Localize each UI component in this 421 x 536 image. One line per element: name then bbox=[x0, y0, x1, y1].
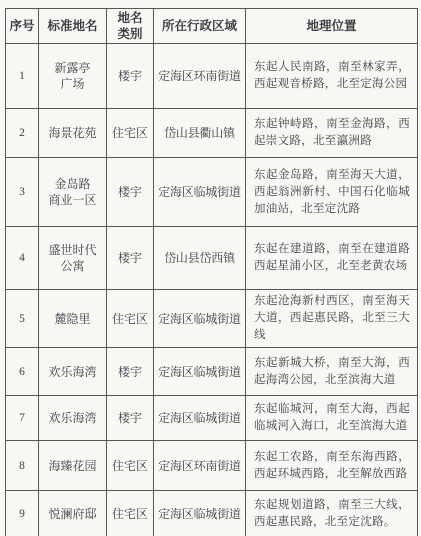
cell-serial-number: 3 bbox=[6, 158, 39, 227]
cell-standard-name: 金岛路 商业一区 bbox=[39, 158, 107, 227]
cell-admin-region: 定海区临城街道 bbox=[154, 396, 246, 441]
cell-name-category: 住宅区 bbox=[107, 109, 154, 158]
header-geo-location: 地理位置 bbox=[246, 9, 418, 44]
cell-admin-region: 定海区临城街道 bbox=[154, 290, 246, 348]
cell-geo-location: 东起新城大桥，南至大海，西起海湾公园，北至滨海大道 bbox=[246, 348, 418, 396]
cell-serial-number: 1 bbox=[6, 44, 39, 109]
cell-standard-name: 新露亭 广场 bbox=[39, 44, 107, 109]
cell-serial-number: 7 bbox=[6, 396, 39, 441]
cell-geo-location: 东起金岛路，南至海天大道，西起翁洲新村、中国石化临城加油站，北至定沈路 bbox=[246, 158, 418, 227]
cell-geo-location: 东起人民南路，南至林家弄，西起观音桥路，北至定海公园 bbox=[246, 44, 418, 109]
cell-name-category: 住宅区 bbox=[107, 290, 154, 348]
place-names-table: 序号 标准地名 地名 类别 所在行政区域 地理位置 1 新露亭 广场 楼宇 定海… bbox=[5, 8, 418, 536]
cell-name-category: 楼宇 bbox=[107, 227, 154, 290]
header-admin-region: 所在行政区域 bbox=[154, 9, 246, 44]
cell-serial-number: 9 bbox=[6, 491, 39, 536]
cell-serial-number: 2 bbox=[6, 109, 39, 158]
cell-geo-location: 东起钟峙路，南至金海路，西起崇文路，北至瀛洲路 bbox=[246, 109, 418, 158]
cell-name-category: 住宅区 bbox=[107, 491, 154, 536]
cell-admin-region: 定海区临城街道 bbox=[154, 158, 246, 227]
cell-name-category: 楼宇 bbox=[107, 348, 154, 396]
cell-geo-location: 东起临城河，南至大海，西起临城河入海口，北至滨海大道 bbox=[246, 396, 418, 441]
header-serial-number: 序号 bbox=[6, 9, 39, 44]
cell-geo-location: 东起在建道路，南至在建道路西起星浦小区，北至老黄农场 bbox=[246, 227, 418, 290]
cell-admin-region: 岱山县衢山镇 bbox=[154, 109, 246, 158]
cell-standard-name: 欢乐海湾 bbox=[39, 348, 107, 396]
cell-name-category: 楼宇 bbox=[107, 44, 154, 109]
cell-admin-region: 定海区环南街道 bbox=[154, 441, 246, 491]
cell-admin-region: 定海区临城街道 bbox=[154, 491, 246, 536]
cell-standard-name: 盛世时代 公寓 bbox=[39, 227, 107, 290]
header-row: 序号 标准地名 地名 类别 所在行政区域 地理位置 bbox=[6, 9, 418, 44]
table-row: 2 海景花苑 住宅区 岱山县衢山镇 东起钟峙路，南至金海路，西起崇文路，北至瀛洲… bbox=[6, 109, 418, 158]
cell-standard-name: 海臻花园 bbox=[39, 441, 107, 491]
cell-serial-number: 6 bbox=[6, 348, 39, 396]
cell-geo-location: 东起规划道路，南至三大线，西起惠民路，北至定沈路。 bbox=[246, 491, 418, 536]
cell-serial-number: 5 bbox=[6, 290, 39, 348]
cell-name-category: 楼宇 bbox=[107, 396, 154, 441]
cell-standard-name: 欢乐海湾 bbox=[39, 396, 107, 441]
table-row: 5 麓隐里 住宅区 定海区临城街道 东起沧海新村西区，南至海天大道，西起惠民路，… bbox=[6, 290, 418, 348]
table-row: 8 海臻花园 住宅区 定海区环南街道 东起工农路，南至东海西路，西起环城西路，北… bbox=[6, 441, 418, 491]
cell-standard-name: 悦澜府邸 bbox=[39, 491, 107, 536]
document-page: 序号 标准地名 地名 类别 所在行政区域 地理位置 1 新露亭 广场 楼宇 定海… bbox=[0, 0, 421, 536]
cell-admin-region: 岱山县岱西镇 bbox=[154, 227, 246, 290]
cell-admin-region: 定海区临城街道 bbox=[154, 348, 246, 396]
table-row: 7 欢乐海湾 楼宇 定海区临城街道 东起临城河，南至大海，西起临城河入海口，北至… bbox=[6, 396, 418, 441]
table-row: 3 金岛路 商业一区 楼宇 定海区临城街道 东起金岛路，南至海天大道，西起翁洲新… bbox=[6, 158, 418, 227]
table-row: 4 盛世时代 公寓 楼宇 岱山县岱西镇 东起在建道路，南至在建道路西起星浦小区，… bbox=[6, 227, 418, 290]
cell-geo-location: 东起工农路，南至东海西路，西起环城西路，北至解放西路 bbox=[246, 441, 418, 491]
cell-serial-number: 8 bbox=[6, 441, 39, 491]
table-row: 1 新露亭 广场 楼宇 定海区环南街道 东起人民南路，南至林家弄，西起观音桥路，… bbox=[6, 44, 418, 109]
table-row: 6 欢乐海湾 楼宇 定海区临城街道 东起新城大桥，南至大海，西起海湾公园，北至滨… bbox=[6, 348, 418, 396]
cell-admin-region: 定海区环南街道 bbox=[154, 44, 246, 109]
cell-standard-name: 麓隐里 bbox=[39, 290, 107, 348]
header-standard-name: 标准地名 bbox=[39, 9, 107, 44]
cell-name-category: 楼宇 bbox=[107, 158, 154, 227]
cell-name-category: 住宅区 bbox=[107, 441, 154, 491]
cell-geo-location: 东起沧海新村西区，南至海天大道，西起惠民路，北至三大线 bbox=[246, 290, 418, 348]
table-row: 9 悦澜府邸 住宅区 定海区临城街道 东起规划道路，南至三大线，西起惠民路，北至… bbox=[6, 491, 418, 536]
cell-serial-number: 4 bbox=[6, 227, 39, 290]
header-name-category: 地名 类别 bbox=[107, 9, 154, 44]
cell-standard-name: 海景花苑 bbox=[39, 109, 107, 158]
